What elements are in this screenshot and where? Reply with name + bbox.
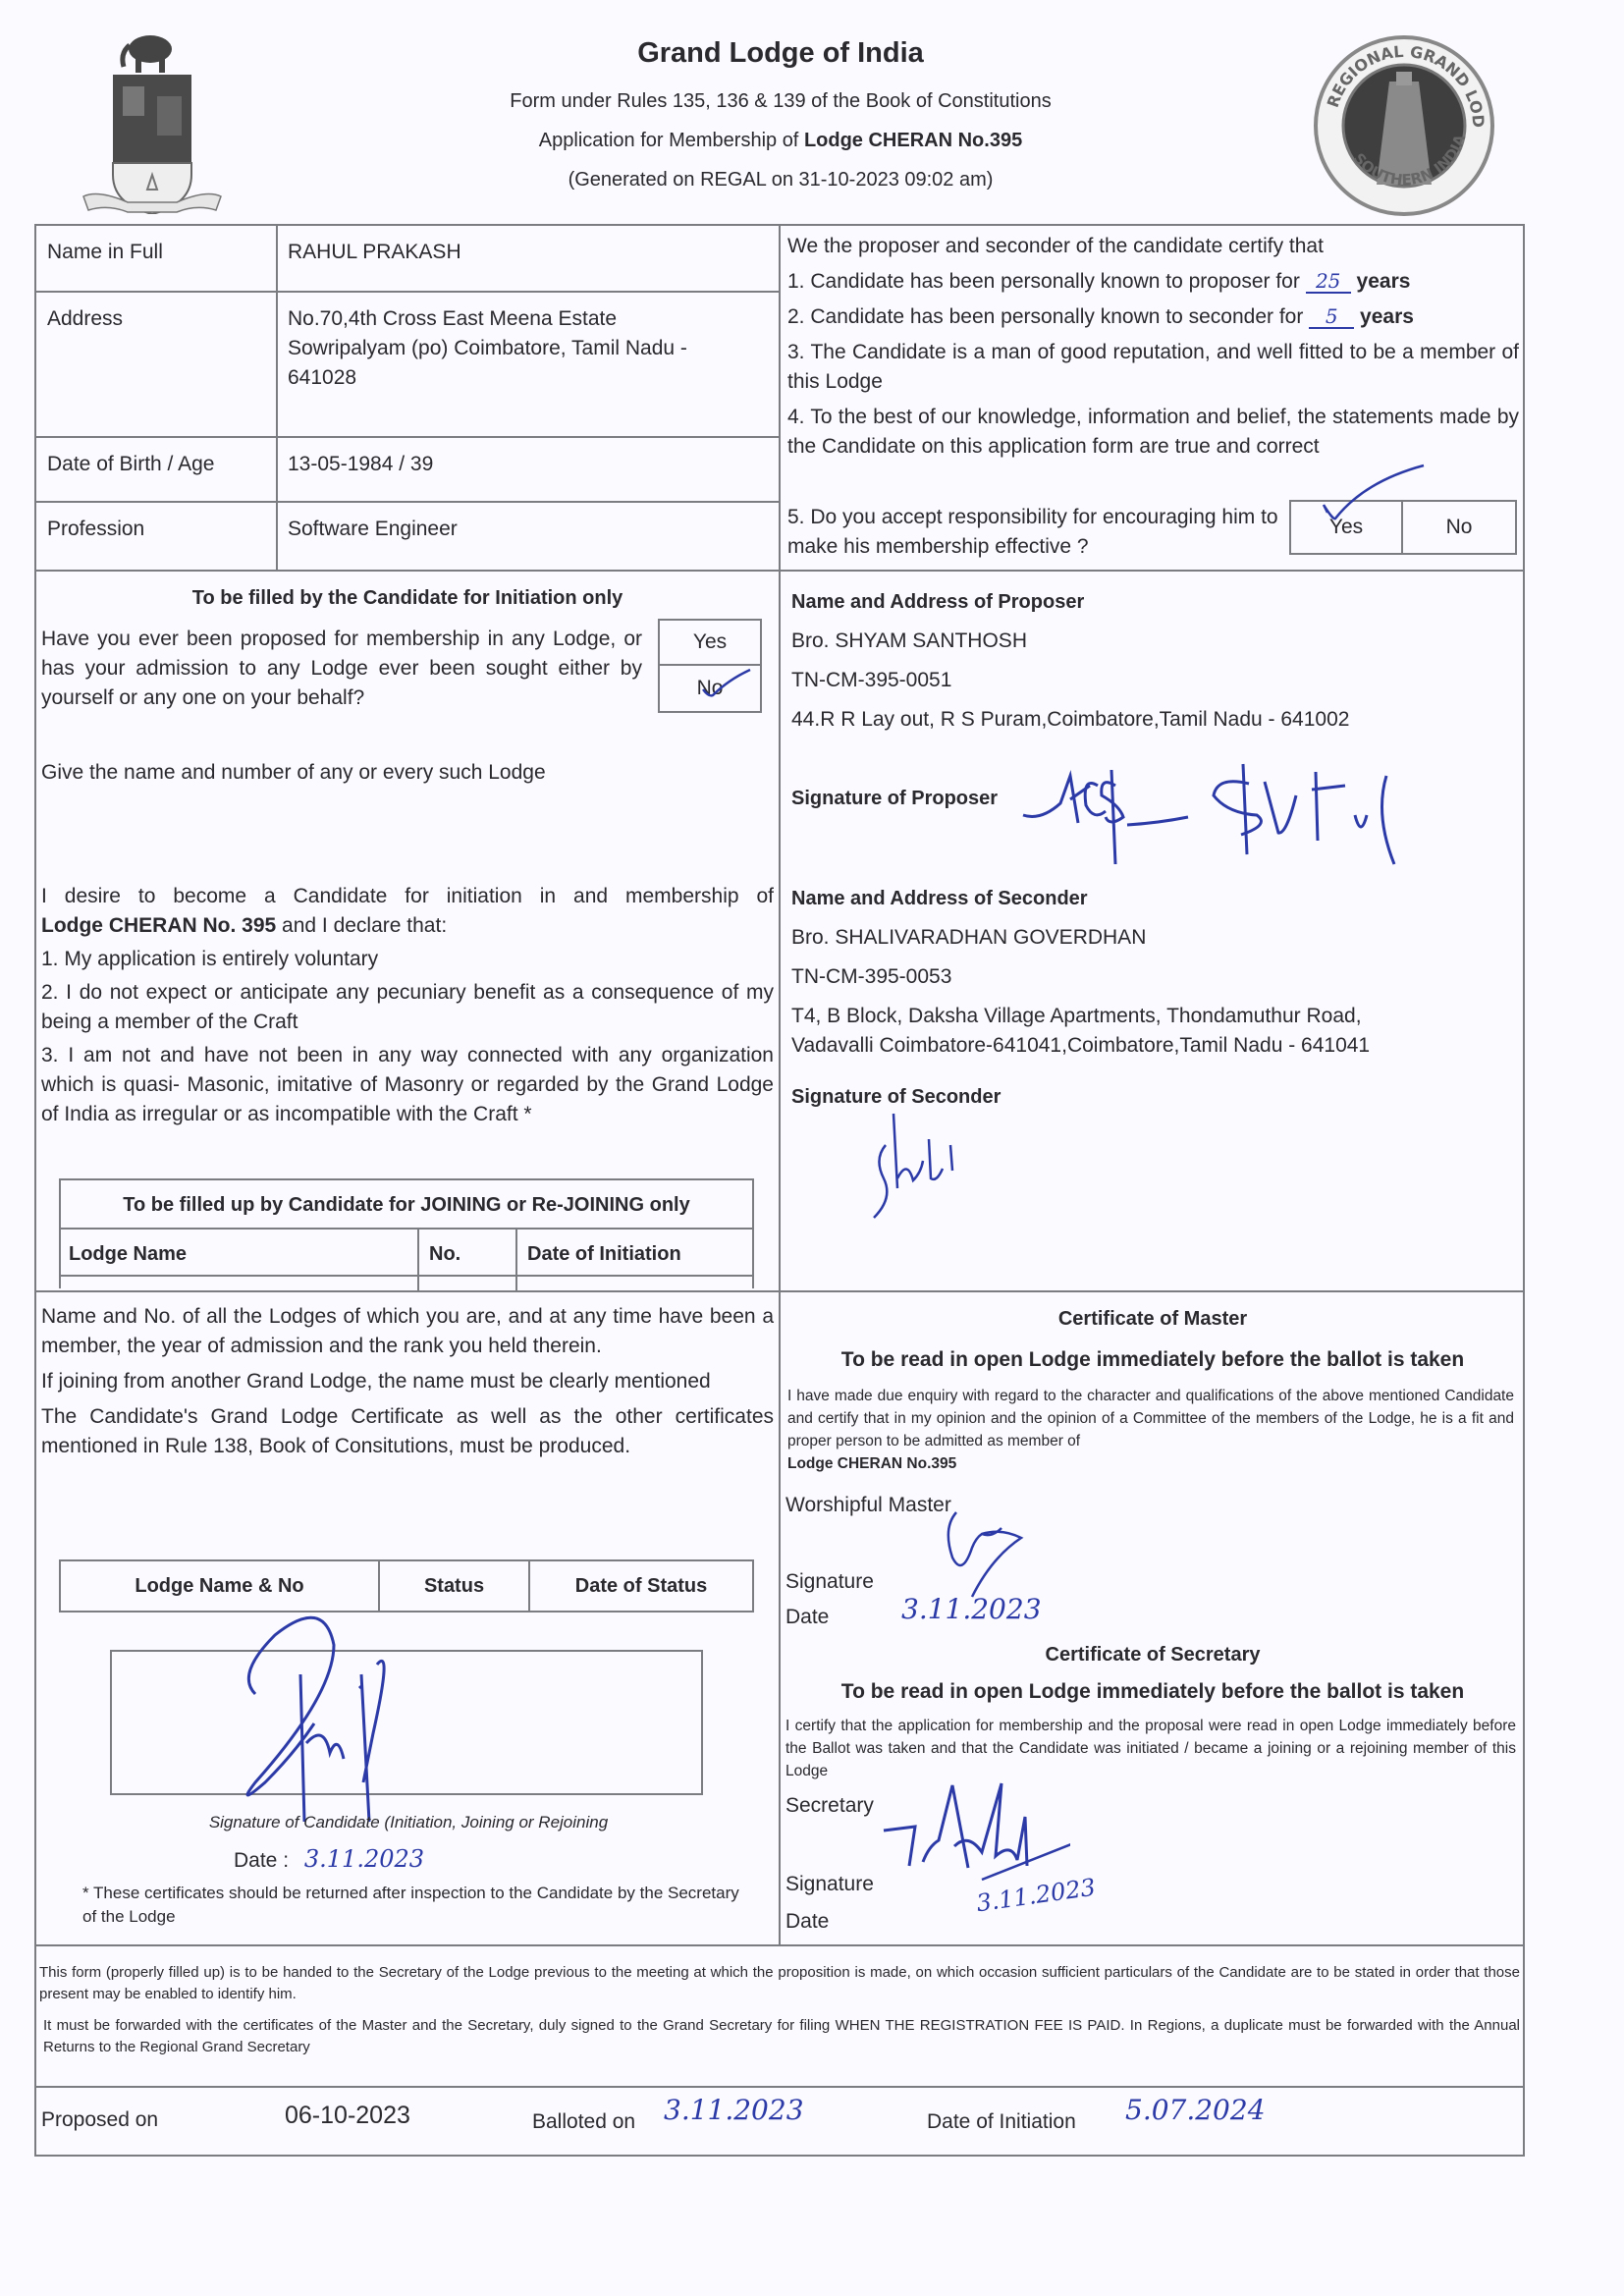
table-rule (59, 1275, 754, 1277)
declaration-item-3: 3. I am not and have not been in any way… (41, 1041, 774, 1129)
other-grand-lodge-instruction: If joining from another Grand Lodge, the… (41, 1367, 774, 1396)
master-signature[interactable] (943, 1508, 1060, 1607)
header-text: Status (424, 1575, 484, 1598)
row-rule (34, 501, 781, 503)
balloted-on-label: Balloted on (532, 2107, 635, 2137)
certificate-text: I have made due enquiry with regard to t… (787, 1385, 1514, 1452)
lodge-name: Lodge CHERAN (804, 130, 952, 151)
notes-block: This form (properly filled up) is to be … (39, 1962, 1520, 2058)
candidate-signature[interactable] (236, 1615, 452, 1841)
note-1: This form (properly filled up) is to be … (39, 1962, 1520, 2005)
checkmark-icon (1316, 462, 1434, 530)
regional-grand-lodge-seal-logo: REGIONAL GRAND LODGE SOUTHERN INDIA (1306, 27, 1502, 224)
value-name: RAHUL PRAKASH (288, 238, 461, 267)
balloted-on-value[interactable]: 3.11.2023 (664, 2094, 804, 2126)
no-label: No (1446, 516, 1473, 539)
address-line: No.70,4th Cross East Meena Estate (288, 304, 687, 334)
certification-intro: We the proposer and seconder of the cand… (787, 232, 1519, 261)
secretary-certificate-title: Certificate of Secretary (781, 1640, 1525, 1669)
declaration-intro: I desire to become a Candidate for initi… (41, 882, 774, 911)
label-profession: Profession (47, 515, 144, 544)
column-header-lodge-name-no: Lodge Name & No (61, 1561, 378, 1611)
years-label: years (1360, 305, 1414, 328)
candidate-date-value[interactable]: 3.11.2023 (304, 1845, 424, 1873)
table-col-rule (515, 1228, 517, 1290)
proposer-id: TN-CM-395-0051 (791, 666, 951, 695)
history-instruction: Name and No. of all the Lodges of which … (41, 1302, 774, 1361)
secretary-date-label: Date (785, 1907, 829, 1937)
address-line: T4, B Block, Daksha Village Apartments, … (791, 1002, 1370, 1031)
proposed-on-label: Proposed on (41, 2105, 158, 2135)
header-text: Date of Status (575, 1575, 707, 1598)
give-lodge-name-prompt: Give the name and number of any or every… (41, 758, 546, 788)
seconder-address: T4, B Block, Daksha Village Apartments, … (791, 1002, 1370, 1061)
date-of-initiation-value[interactable]: 5.07.2024 (1125, 2094, 1266, 2126)
membership-history-block: Name and No. of all the Lodges of which … (41, 1302, 774, 1461)
candidate-signature-caption: Signature of Candidate (Initiation, Join… (61, 1813, 756, 1832)
declaration-item-2: 2. I do not expect or anticipate any pec… (41, 978, 774, 1037)
column-header-lodge-name: Lodge Name (69, 1239, 187, 1269)
item-text: 1. Candidate has been personally known t… (787, 270, 1300, 293)
application-prefix: Application for Membership of (539, 130, 804, 151)
prior-proposal-question: Have you ever been proposed for membersh… (41, 625, 642, 713)
certification-item-1: 1. Candidate has been personally known t… (787, 267, 1519, 297)
certification-item-5: 5. Do you accept responsibility for enco… (787, 503, 1288, 562)
master-signature-label: Signature (785, 1567, 874, 1597)
proposer-signature[interactable] (1021, 756, 1463, 894)
item-text: 2. Candidate has been personally known t… (787, 305, 1303, 328)
column-header-date-of-initiation: Date of Initiation (527, 1239, 681, 1269)
declaration-block: I desire to become a Candidate for initi… (41, 882, 774, 1129)
label-address: Address (47, 304, 123, 334)
address-line: Sowripalyam (po) Coimbatore, Tamil Nadu … (288, 334, 687, 363)
certificate-lodge: Lodge CHERAN No.395 (787, 1452, 1514, 1475)
proposer-heading: Name and Address of Proposer (791, 587, 1084, 617)
date-of-initiation-label: Date of Initiation (927, 2107, 1076, 2137)
master-date-label: Date (785, 1603, 829, 1632)
proposer-address: 44.R R Lay out, R S Puram,Coimbatore,Tam… (791, 705, 1349, 735)
column-header-status: Status (380, 1561, 528, 1611)
column-header-date-of-status: Date of Status (530, 1561, 752, 1611)
lodge-number: No.395 (952, 130, 1022, 151)
certification-block: We the proposer and seconder of the cand… (787, 232, 1519, 462)
seconder-id: TN-CM-395-0053 (791, 962, 951, 992)
row-rule (34, 436, 781, 438)
secretary-signature[interactable] (844, 1777, 1070, 1886)
secretary-certificate-subtitle: To be read in open Lodge immediately bef… (781, 1677, 1525, 1707)
section-rule (34, 2086, 1525, 2088)
declaration-suffix: and I declare that: (276, 914, 447, 937)
certification-item-3: 3. The Candidate is a man of good reputa… (787, 338, 1519, 397)
label-dob: Date of Birth / Age (47, 450, 214, 479)
header-text: Lodge Name & No (135, 1575, 303, 1598)
master-role-label: Worshipful Master (785, 1491, 951, 1520)
value-address: No.70,4th Cross East Meena Estate Sowrip… (288, 304, 687, 393)
seconder-heading: Name and Address of Seconder (791, 884, 1088, 913)
certificates-footnote: * These certificates should be returned … (82, 1882, 750, 1929)
value-profession: Software Engineer (288, 515, 458, 544)
column-header-no: No. (429, 1239, 460, 1269)
seconder-years-field[interactable]: 5 (1309, 305, 1354, 329)
seconder-signature[interactable] (864, 1110, 982, 1228)
proposer-name: Bro. SHYAM SANTHOSH (791, 627, 1027, 656)
master-certificate-title: Certificate of Master (781, 1304, 1525, 1334)
address-line: Vadavalli Coimbatore-641041,Coimbatore,T… (791, 1031, 1370, 1061)
proposed-on-value: 06-10-2023 (285, 2102, 410, 2130)
note-2: It must be forwarded with the certificat… (39, 2015, 1520, 2058)
candidate-date: Date : 3.11.2023 (234, 1844, 424, 1876)
seconder-name: Bro. SHALIVARADHAN GOVERDHAN (791, 923, 1146, 953)
date-label: Date : (234, 1849, 289, 1872)
table-divider (276, 224, 278, 570)
declaration-lodge: Lodge CHERAN No. 395 (41, 914, 276, 937)
certification-item-2: 2. Candidate has been personally known t… (787, 302, 1519, 332)
row-rule (34, 291, 781, 293)
address-line: 641028 (288, 363, 687, 393)
prior-proposal-yes-option[interactable]: Yes (660, 621, 760, 664)
section-rule (34, 1944, 1525, 1946)
seconder-signature-label: Signature of Seconder (791, 1082, 1001, 1112)
initiation-heading: To be filled by the Candidate for Initia… (36, 583, 779, 613)
master-certificate-subtitle: To be read in open Lodge immediately bef… (781, 1345, 1525, 1375)
master-date-value[interactable]: 3.11.2023 (901, 1593, 1042, 1625)
value-dob: 13-05-1984 / 39 (288, 450, 433, 479)
label-name: Name in Full (47, 238, 163, 267)
proposer-years-field[interactable]: 25 (1306, 270, 1351, 294)
proposer-signature-label: Signature of Proposer (791, 784, 998, 813)
yes-label: Yes (693, 630, 727, 654)
years-label: years (1357, 270, 1411, 293)
section-rule (34, 1290, 1525, 1292)
certificate-instruction: The Candidate's Grand Lodge Certificate … (41, 1402, 774, 1461)
table-col-rule (417, 1228, 419, 1290)
joining-table-heading: To be filled up by Candidate for JOINING… (59, 1190, 754, 1220)
certification-item-4: 4. To the best of our knowledge, informa… (787, 403, 1519, 462)
secretary-signature-label: Signature (785, 1870, 874, 1899)
secretary-certificate-body: I certify that the application for membe… (785, 1715, 1516, 1782)
declaration-item-1: 1. My application is entirely voluntary (41, 945, 774, 974)
section-rule (34, 570, 1525, 572)
master-certificate-body: I have made due enquiry with regard to t… (787, 1385, 1514, 1475)
table-rule (59, 1228, 754, 1230)
checkmark-icon (699, 668, 758, 707)
